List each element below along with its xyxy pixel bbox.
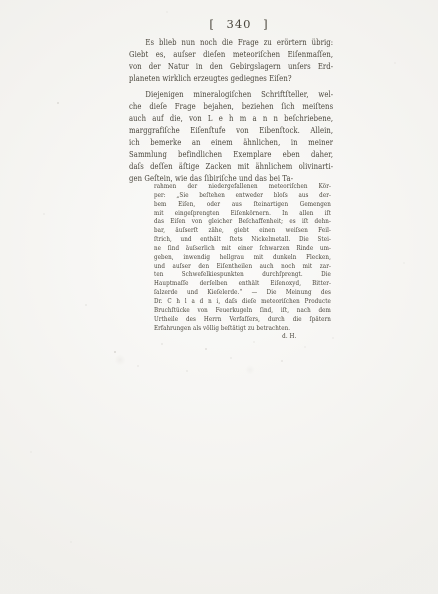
paragraph-question: Es blieb nun noch die Frage zu erörtern … [129, 36, 333, 84]
text-line: rahmen der niedergefallenen meteoriſchen… [154, 182, 331, 191]
text-line: Es blieb nun noch die Frage zu erörtern … [129, 36, 333, 48]
text-line: Bruchſtücke von Feuerkugeln ſind, iſt, n… [154, 306, 331, 315]
text-line: Diejenigen mineralogiſchen Schriftſtelle… [129, 88, 333, 100]
text-line: ſalzerde und Kieſelerde.“ — Die Meinung … [154, 288, 331, 297]
text-line: marggrafiſche Eiſenſtufe von Eibenſtock.… [129, 124, 333, 136]
text-line: Giebt es, auſser dieſen meteoriſchen Eiſ… [129, 48, 333, 60]
footnote-signature: d. H. [154, 332, 331, 341]
text-line: geben, inwendig hellgrau mit dunkeln Fle… [154, 253, 331, 262]
text-line: Hauptmaſſe derſelben enthält Eiſenoxyd, … [154, 279, 331, 288]
page-number: [ 340 ] [129, 17, 333, 31]
text-line: Erfahrungen als völlig beſtätigt zu betr… [154, 324, 331, 333]
text-line: daſs deſſen äſtige Zacken mit ähnlichem … [129, 160, 333, 172]
text-line: bem Eiſen, oder aus ſteinartigen Gemenge… [154, 200, 331, 209]
main-text-block: Es blieb nun noch die Frage zu erörtern … [129, 36, 333, 184]
text-line: ſtrich, und enthält ſtets Nickelmetall. … [154, 235, 331, 244]
text-line: bar, äuſserſt zähe, giebt einen weiſsen … [154, 226, 331, 235]
text-line: auch auf die, von L e h m a n n beſchrie… [129, 112, 333, 124]
text-line: Sammlung befindlichen Exemplare eben dah… [129, 148, 333, 160]
text-line: und auſser den Eiſentheilen auch noch mi… [154, 262, 331, 271]
scanned-book-page: [ 340 ] Es blieb nun noch die Frage zu e… [0, 0, 438, 594]
footnote-block: rahmen der niedergefallenen meteoriſchen… [154, 182, 331, 341]
text-line: von der Natur in den Gebirgslagern unſer… [129, 60, 333, 72]
text-line: Dr. C h l a d n i, daſs dieſe meteoriſch… [154, 297, 331, 306]
text-line: das Eiſen von gleicher Beſchaffenheit; e… [154, 217, 331, 226]
text-line: ne ſind äuſserlich mit einer ſchwarzen R… [154, 244, 331, 253]
text-line: planeten wirklich erzeugtes gediegnes Ei… [129, 72, 333, 84]
footnote-paragraph: rahmen der niedergefallenen meteoriſchen… [154, 182, 331, 332]
text-line: che dieſe Frage bejahen, beziehen ſich m… [129, 100, 333, 112]
text-line: per: „Sie beſtehen entweder bloſs aus de… [154, 191, 331, 200]
text-line: ich bemerke an einem ähnlichen, in meine… [129, 136, 333, 148]
paragraph-discussion: Diejenigen mineralogiſchen Schriftſtelle… [129, 88, 333, 184]
text-line: ten Schwefelkiespunkten durchſprengt. Di… [154, 270, 331, 279]
text-line: Urtheile des Herrn Verfaſſers, durch die… [154, 315, 331, 324]
text-line: mit eingeſprengten Eiſenkörnern. In alle… [154, 209, 331, 218]
